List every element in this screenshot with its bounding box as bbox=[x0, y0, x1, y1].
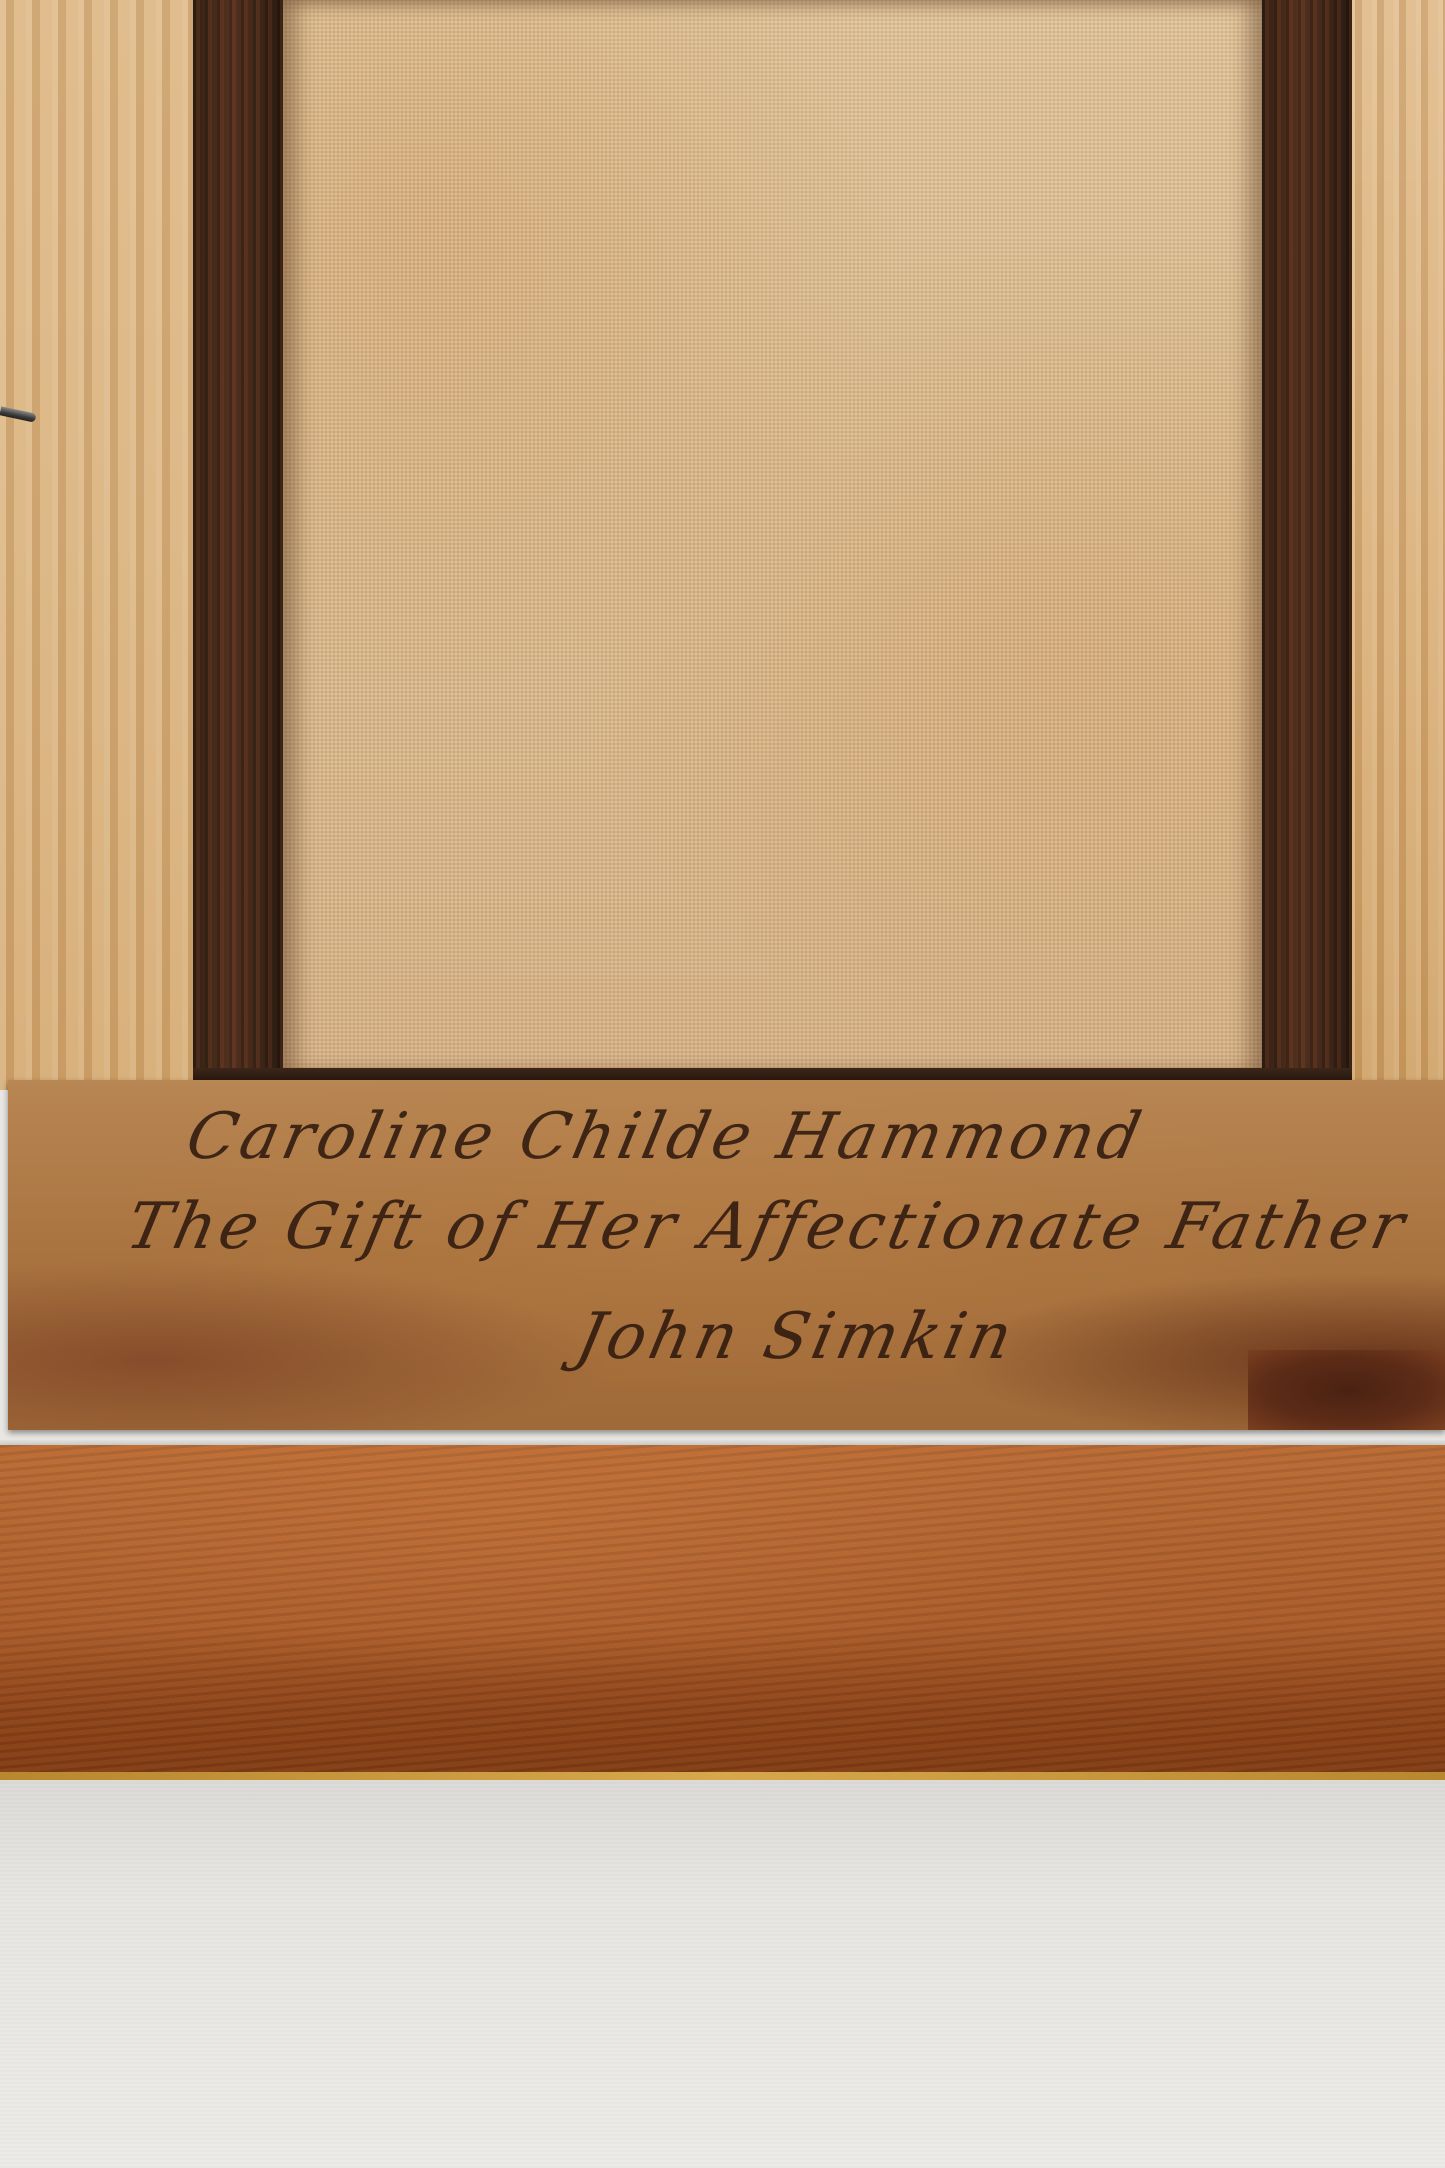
inscription-line-recipient: Caroline Childe Hammond bbox=[180, 1100, 1151, 1174]
canvas-back bbox=[283, 0, 1262, 1075]
backing-paper-right bbox=[1350, 0, 1445, 1090]
frame-base-rail bbox=[0, 1445, 1445, 1780]
gilt-edge bbox=[0, 1772, 1445, 1780]
backing-paper-left bbox=[0, 0, 200, 1090]
inscription-line-dedication: The Gift of Her Affectionate Father bbox=[120, 1190, 1414, 1264]
inscription-line-signature: John Simkin bbox=[570, 1300, 1022, 1374]
stretcher-bottom-edge bbox=[193, 1068, 1352, 1080]
inscription-label: Caroline Childe Hammond The Gift of Her … bbox=[8, 1080, 1445, 1430]
stretcher-bar-left bbox=[193, 0, 283, 1075]
table-surface bbox=[0, 1780, 1445, 2168]
handwritten-inscription: Caroline Childe Hammond The Gift of Her … bbox=[8, 1080, 1445, 1430]
stretcher-bar-right bbox=[1262, 0, 1352, 1075]
artwork-back-photo: Caroline Childe Hammond The Gift of Her … bbox=[0, 0, 1445, 2168]
